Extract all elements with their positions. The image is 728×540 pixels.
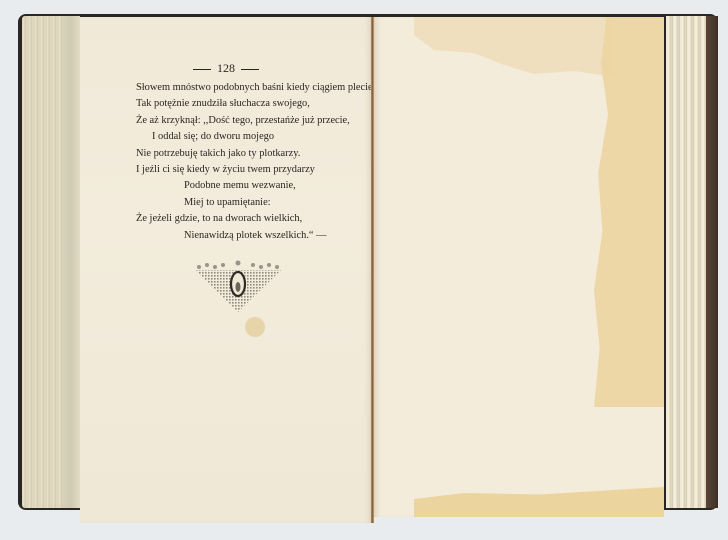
left-page: 128 Słowem mnóstwo podobnych baśni kiedy…	[80, 17, 372, 523]
water-stain-bottom	[414, 487, 664, 517]
book-scan: 128 Słowem mnóstwo podobnych baśni kiedy…	[0, 0, 728, 540]
poem-line: Miej to upamiętanie:	[136, 195, 376, 211]
cover-edge	[706, 16, 718, 508]
poem-line: I oddal się; do dworu mojego	[136, 129, 376, 145]
poem-text: Słowem mnóstwo podobnych baśni kiedy cią…	[136, 80, 376, 244]
poem-line: I jeźli ci się kiedy w życiu twem przyda…	[136, 162, 376, 178]
left-page-stack	[22, 16, 80, 508]
poem-line: Że jeżeli gdzie, to na dworach wielkich,	[136, 211, 376, 227]
page-number: 128	[80, 61, 372, 76]
foxing-spot	[245, 317, 265, 337]
poem-line: Słowem mnóstwo podobnych baśni kiedy cią…	[136, 80, 376, 96]
lace-ornament-icon	[193, 260, 283, 312]
poem-line: Że aż krzyknął: ,,Dość tego, przestańże …	[136, 113, 376, 129]
poem-line: Nienawidzą plotek wszelkich.“ —	[136, 228, 376, 244]
water-stain-right	[594, 17, 664, 407]
right-page-stack	[666, 16, 706, 508]
poem-line: Podobne memu wezwanie,	[136, 178, 376, 194]
poem-line: Nie potrzebuję takich jako ty plotkarzy.	[136, 146, 376, 162]
poem-line: Tak potężnie znudziła słuchacza swojego,	[136, 96, 376, 112]
dash-right	[241, 69, 259, 70]
right-page	[374, 17, 664, 517]
water-stain-top	[414, 17, 614, 77]
dash-left	[193, 69, 211, 70]
